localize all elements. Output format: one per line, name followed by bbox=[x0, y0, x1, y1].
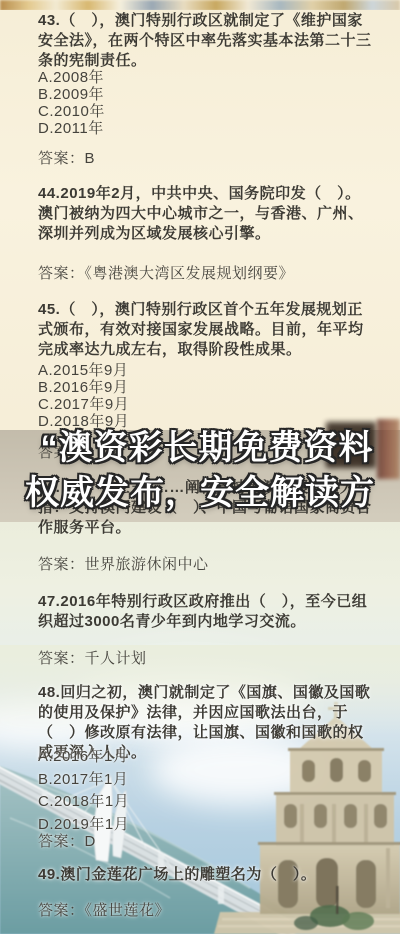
answer-line: 答案：千人计划 bbox=[38, 647, 372, 668]
option: B.2009年 bbox=[38, 86, 372, 103]
answer-line: 答案：D bbox=[38, 830, 372, 851]
option: A.2016年1月 bbox=[38, 746, 372, 769]
answer-line: 答案：B bbox=[38, 147, 372, 168]
answer-line: 答案：《盛世莲花》 bbox=[38, 899, 372, 920]
option: C.2017年9月 bbox=[38, 396, 372, 413]
watermark-line2: 权威发布，安全解读方 bbox=[0, 471, 400, 516]
watermark-line1: “澳资彩长期免费资料 bbox=[0, 426, 400, 471]
question-44-text: 44.2019年2月，中共中央、国务院印发（ ）。澳门被纳为四大中心城市之一，与… bbox=[38, 184, 372, 244]
answer-line: 答案：《粤港澳大湾区发展规划纲要》 bbox=[38, 262, 372, 283]
option: B.2017年1月 bbox=[38, 769, 372, 792]
question-47-text: 47.2016年特别行政区政府推出（ ），至今已组织超过3000名青少年到内地学… bbox=[38, 592, 372, 632]
question-43-options: A.2008年 B.2009年 C.2010年 D.2011年 bbox=[38, 69, 372, 137]
option: C.2010年 bbox=[38, 103, 372, 120]
option: A.2008年 bbox=[38, 69, 372, 86]
answer-line: 答案：世界旅游休闲中心 bbox=[38, 553, 372, 574]
quiz-page: 43.（ ），澳门特别行政区就制定了《维护国家安全法》，在两个特区中率先落实基本… bbox=[0, 0, 400, 934]
option: C.2018年1月 bbox=[38, 791, 372, 814]
watermark-overlay: “澳资彩长期免费资料 权威发布，安全解读方 bbox=[0, 426, 400, 516]
question-49-text: 49.澳门金莲花广场上的雕塑名为（ ）。 bbox=[38, 865, 372, 885]
question-48-options: A.2016年1月 B.2017年1月 C.2018年1月 D.2019年1月 bbox=[38, 746, 372, 836]
option: D.2011年 bbox=[38, 120, 372, 137]
question-45-options: A.2015年9月 B.2016年9月 C.2017年9月 D.2018年9月 bbox=[38, 362, 372, 430]
option: A.2015年9月 bbox=[38, 362, 372, 379]
question-43-text: 43.（ ），澳门特别行政区就制定了《维护国家安全法》，在两个特区中率先落实基本… bbox=[38, 11, 372, 71]
option: B.2016年9月 bbox=[38, 379, 372, 396]
question-45-text: 45.（ ），澳门特别行政区首个五年发展规划正式颁布，有效对接国家发展战略。目前… bbox=[38, 300, 372, 360]
